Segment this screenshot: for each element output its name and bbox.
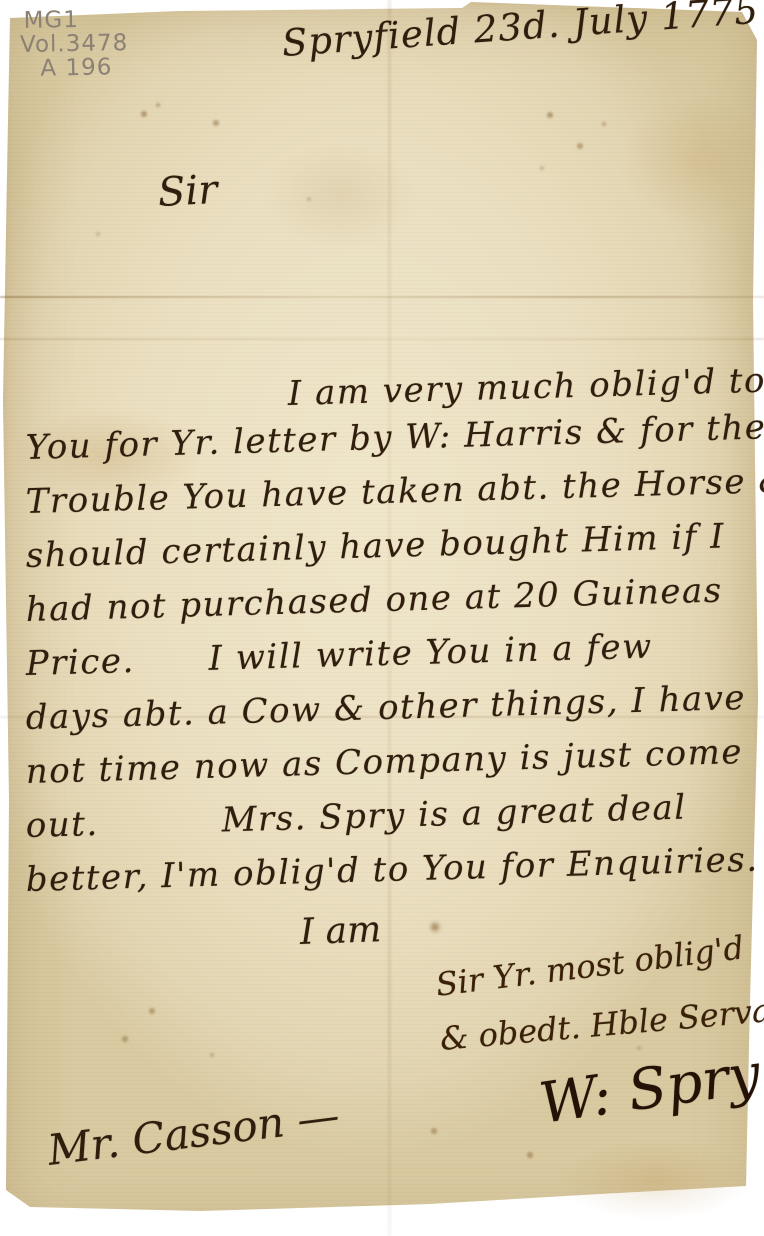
- archival-reference-note: MG1 Vol.3478 A 196: [23, 7, 129, 81]
- letter-body: I am very much oblig'd to You for Yr. le…: [26, 374, 764, 914]
- letter-closing-i-am: I am: [299, 909, 382, 953]
- foxing-spots: [0, 0, 4, 4]
- archive-note-line: Vol.3478: [20, 31, 129, 57]
- archive-note-line: MG1: [23, 7, 128, 33]
- archive-note-line: A 196: [40, 55, 129, 81]
- letter-salutation: Sir: [157, 167, 219, 216]
- scanned-letter-page: MG1 Vol.3478 A 196 Spryfield 23d. July 1…: [0, 0, 764, 1236]
